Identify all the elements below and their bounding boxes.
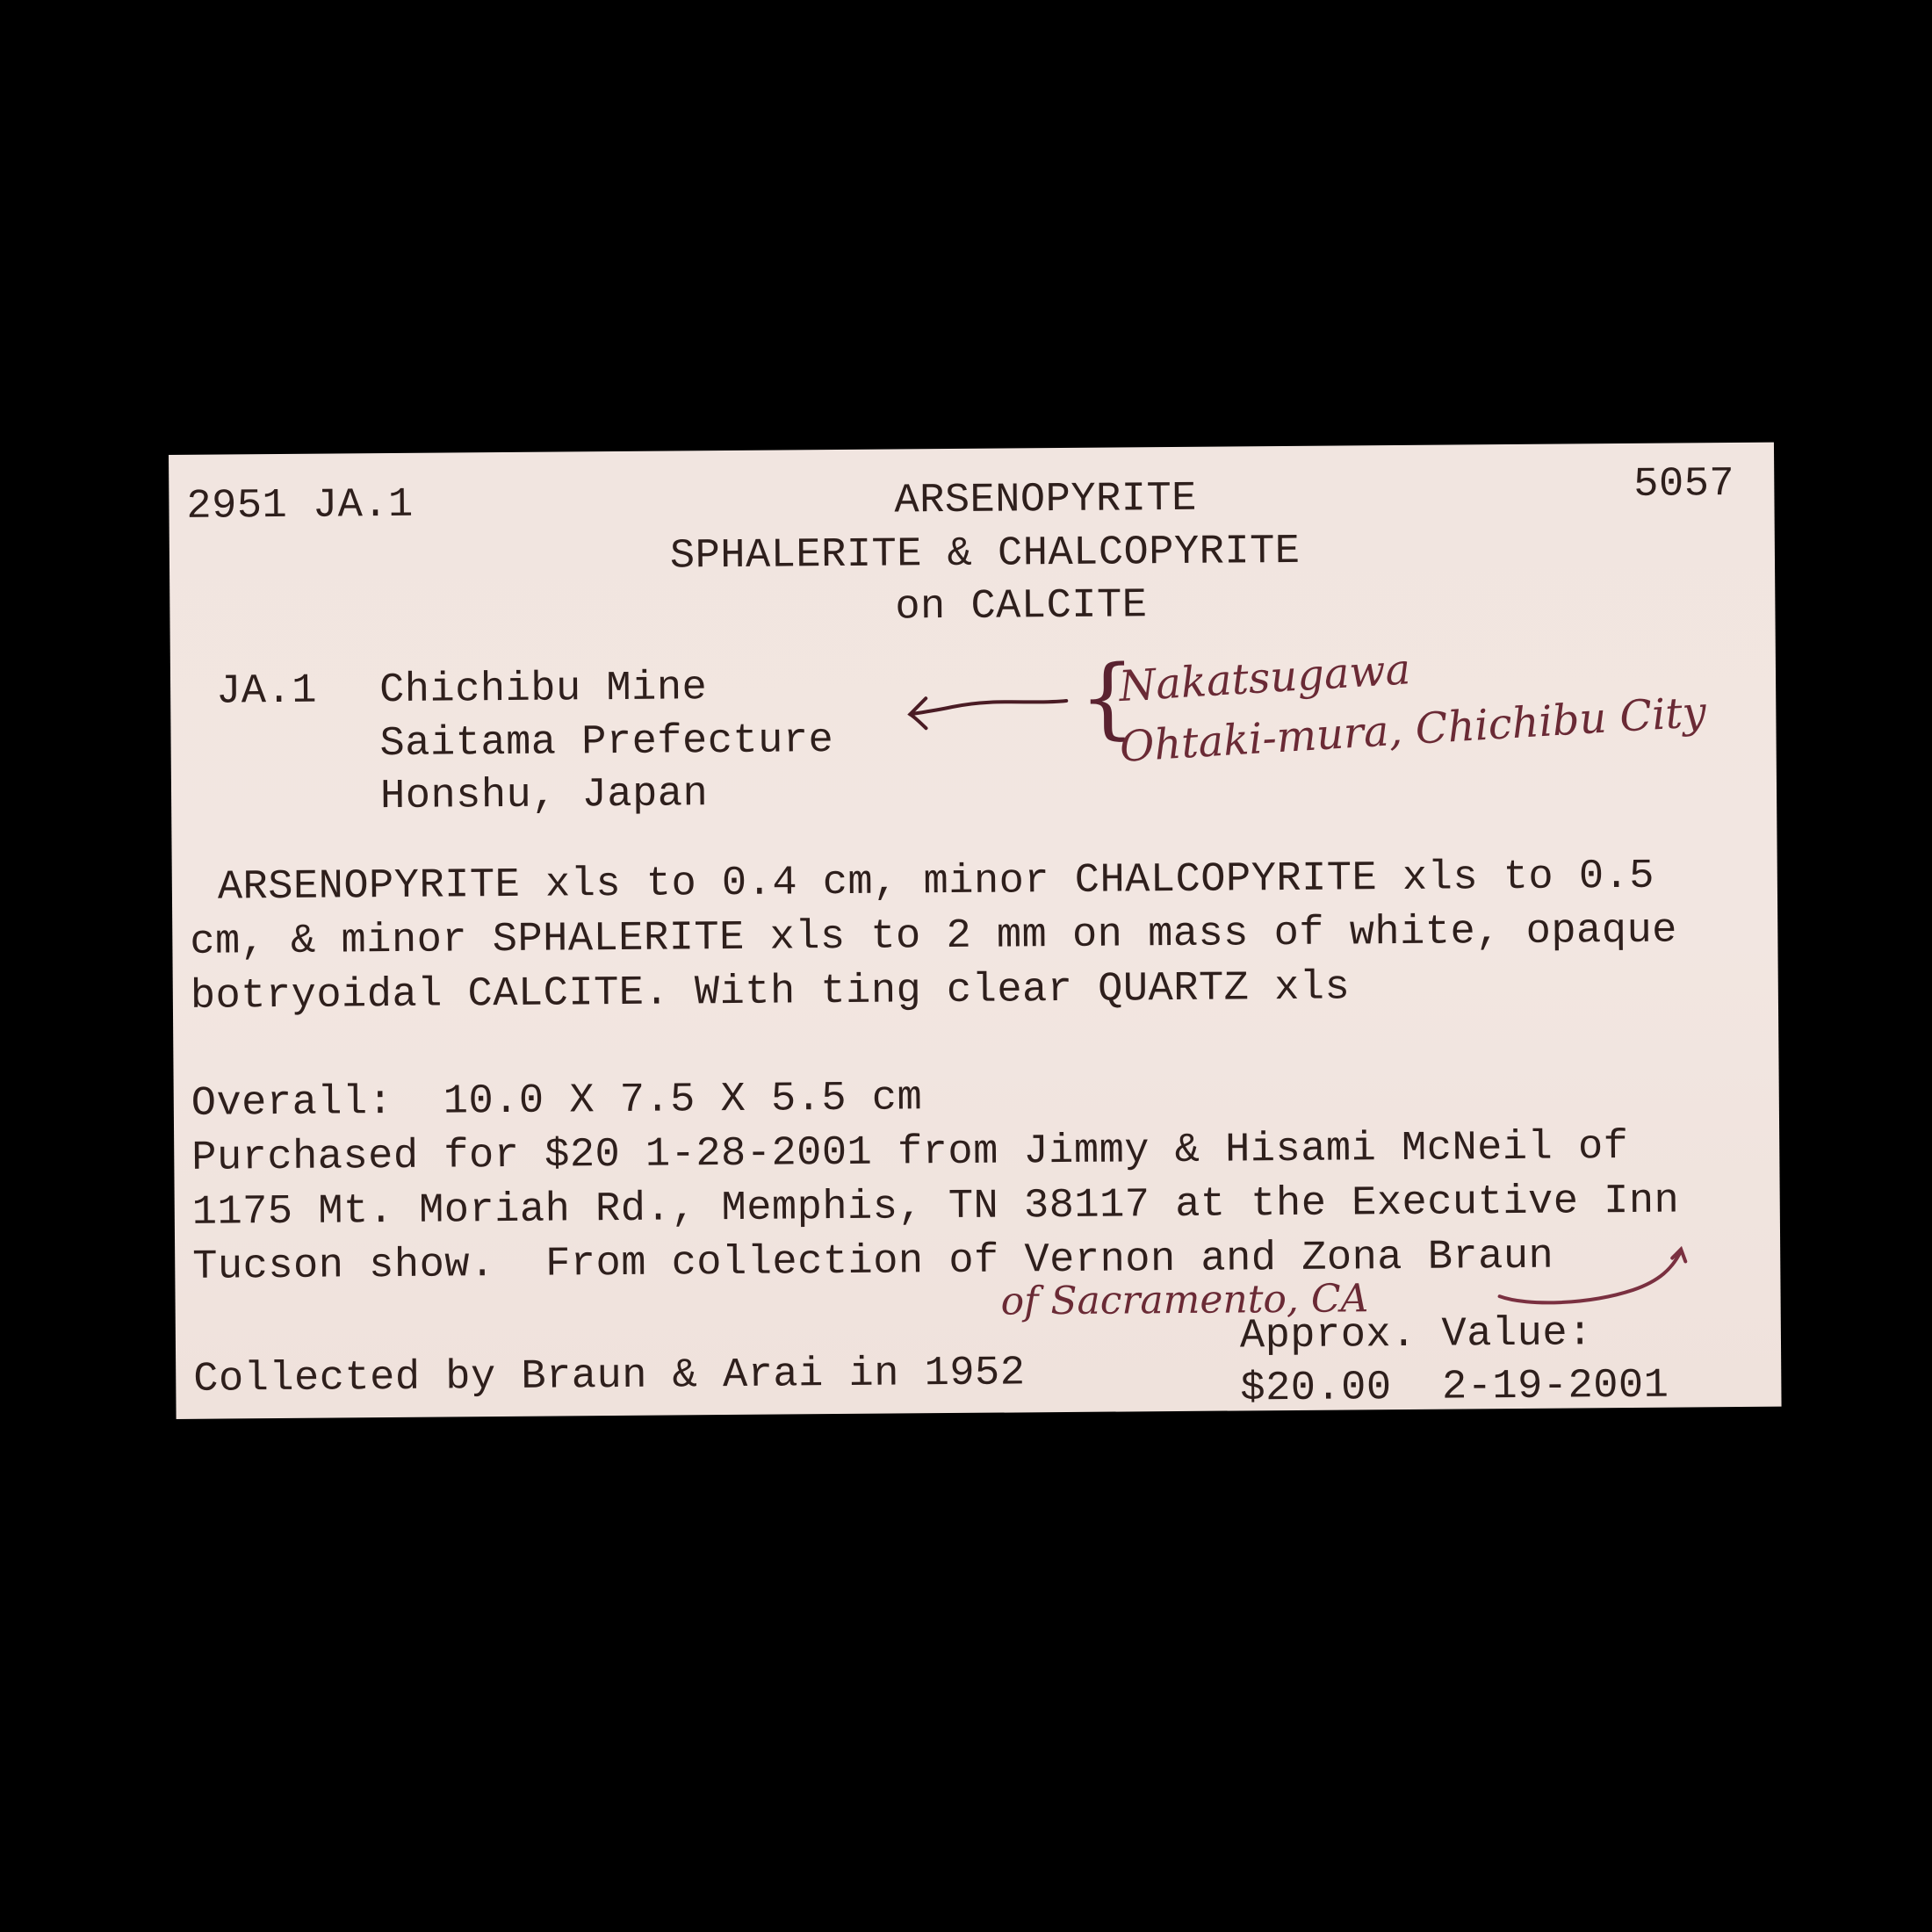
description-line-1: ARSENOPYRITE xls to 0.4 cm, minor CHALCO… [218,856,1654,909]
description-line-2: cm, & minor SPHALERITE xls to 2 mm on ma… [190,911,1677,963]
locality-line-1: Chichibu Mine [379,667,708,711]
approx-value-label: Approx. Value: [1240,1313,1593,1357]
locality-code: JA.1 [216,671,317,713]
provenance-line-1: Purchased for $20 1-28-2001 from Jimmy &… [191,1127,1628,1179]
title-line-3: on CALCITE [895,585,1147,628]
handwritten-arrow-icon [899,685,1075,739]
locality-line-3: Honshu, Japan [380,774,709,818]
approx-value: $20.00 2-19-2001 [1240,1366,1669,1410]
title-line-1: ARSENOPYRITE [894,479,1197,523]
provenance-line-2: 1175 Mt. Moriah Rd., Memphis, TN 38117 a… [192,1181,1680,1234]
catalog-number: 2951 JA.1 [186,485,414,528]
handwritten-curved-arrow-icon [1492,1233,1695,1314]
title-line-2: SPHALERITE & CHALCOPYRITE [670,531,1301,578]
description-line-3: botryoidal CALCITE. With ting clear QUAR… [191,967,1351,1017]
specimen-label-card: 2951 JA.1 5057 ARSENOPYRITE SPHALERITE &… [169,443,1782,1419]
locality-line-2: Saitama Prefecture [379,720,833,765]
specimen-number: 5057 [1633,464,1734,506]
handwritten-locality-1: Nakatsugawa [1118,648,1411,708]
collected-by: Collected by Braun & Arai in 1952 [193,1352,1026,1400]
overall-size: Overall: 10.0 X 7.5 X 5.5 cm [191,1078,923,1125]
